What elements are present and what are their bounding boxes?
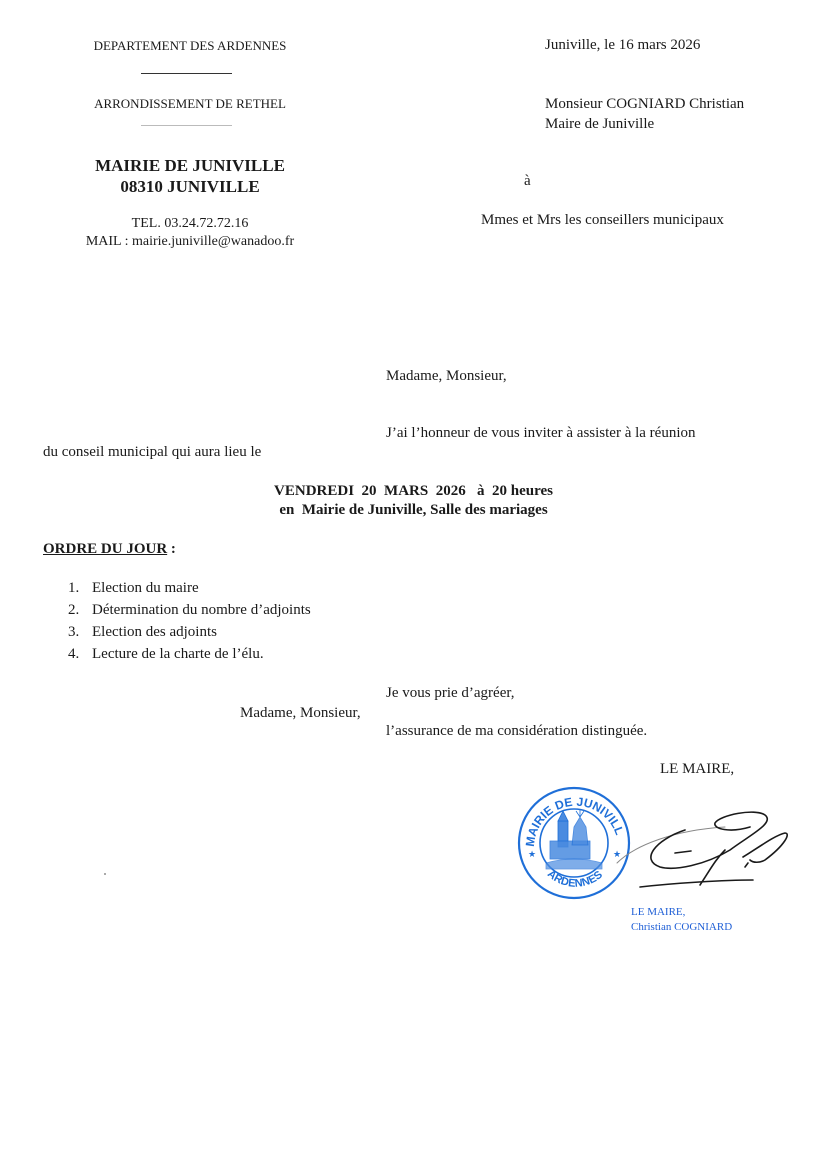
mairie-city: 08310 JUNIVILLE <box>40 176 340 197</box>
agenda-item-label: Lecture de la charte de l’élu. <box>92 646 264 662</box>
closing-line-1: Je vous prie d’agréer, <box>386 685 515 702</box>
intro-line-1: J’ai l’honneur de vous inviter à assiste… <box>386 425 696 442</box>
svg-text:★: ★ <box>528 849 536 859</box>
stamp-bottom-text: ARDENNES <box>545 868 605 890</box>
meeting-details: VENDREDI 20 MARS 2026 à 20 heures en Mai… <box>0 482 827 520</box>
agenda-item-number: 3. <box>68 621 92 643</box>
agenda-item-number: 4. <box>68 643 92 665</box>
agenda-item-number: 2. <box>68 599 92 621</box>
stamp-top-text: MAIRIE DE JUNIVILLE <box>516 785 627 847</box>
email: MAIL : mairie.juniville@wanadoo.fr <box>40 233 340 251</box>
stamp-caption-title: LE MAIRE, <box>631 905 732 920</box>
sender-name: Monsieur COGNIARD Christian <box>545 94 744 114</box>
divider <box>141 73 232 74</box>
signature-icon <box>615 805 815 895</box>
sender-block: Monsieur COGNIARD Christian Maire de Jun… <box>545 94 744 134</box>
place-date: Juniville, le 16 mars 2026 <box>545 37 700 54</box>
agenda-item-label: Détermination du nombre d’adjoints <box>92 602 311 618</box>
divider <box>141 125 232 126</box>
contact-block: TEL. 03.24.72.72.16 MAIL : mairie.junivi… <box>40 215 340 251</box>
agenda-item: 1.Election du maire <box>68 577 311 599</box>
church-emblem-icon <box>546 810 602 869</box>
signatory-title: LE MAIRE, <box>660 761 734 778</box>
stamp-caption: LE MAIRE, Christian COGNIARD <box>631 905 732 935</box>
intro-line-2: du conseil municipal qui aura lieu le <box>43 444 261 461</box>
sender-title: Maire de Juniville <box>545 114 744 134</box>
agenda-item: 3.Election des adjoints <box>68 621 311 643</box>
phone: TEL. 03.24.72.72.16 <box>40 215 340 233</box>
agenda-item: 2.Détermination du nombre d’adjoints <box>68 599 311 621</box>
to-label: à <box>524 173 531 190</box>
department-label: DEPARTEMENT DES ARDENNES <box>40 38 340 54</box>
salutation: Madame, Monsieur, <box>386 368 507 385</box>
agenda-item-label: Election des adjoints <box>92 624 217 640</box>
scan-speck <box>104 873 106 875</box>
agenda-title-text: ORDRE DU JOUR <box>43 541 167 557</box>
agenda-item-label: Election du maire <box>92 580 199 596</box>
mairie-heading: MAIRIE DE JUNIVILLE 08310 JUNIVILLE <box>40 155 340 197</box>
meeting-place: en Mairie de Juniville, Salle des mariag… <box>0 501 827 520</box>
meeting-datetime: VENDREDI 20 MARS 2026 à 20 heures <box>0 482 827 501</box>
stamp-caption-name: Christian COGNIARD <box>631 920 732 935</box>
mairie-name: MAIRIE DE JUNIVILLE <box>40 155 340 176</box>
agenda-title: ORDRE DU JOUR : <box>43 541 176 558</box>
agenda-item-number: 1. <box>68 577 92 599</box>
closing-line-2: l’assurance de ma considération distingu… <box>386 723 647 740</box>
arrondissement-label: ARRONDISSEMENT DE RETHEL <box>40 96 340 112</box>
agenda-title-suffix: : <box>167 541 176 557</box>
recipients: Mmes et Mrs les conseillers municipaux <box>481 212 724 229</box>
closing-salutation: Madame, Monsieur, <box>240 705 361 722</box>
agenda-list: 1.Election du maire 2.Détermination du n… <box>68 577 311 665</box>
agenda-item: 4.Lecture de la charte de l’élu. <box>68 643 311 665</box>
